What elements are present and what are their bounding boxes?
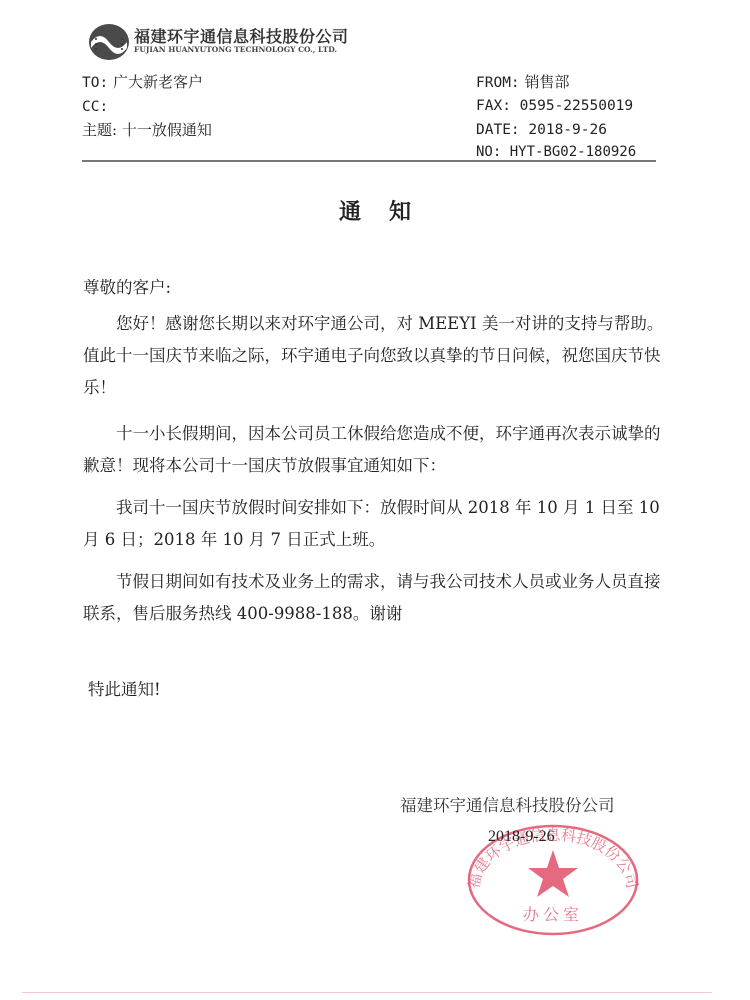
no-line: NO: HYT-BG02-180926 bbox=[476, 142, 636, 162]
signature-date: 2018-9-26 bbox=[488, 828, 555, 846]
signature-company: 福建环宇通信息科技股份公司 bbox=[400, 792, 615, 816]
to-line: TO: 广大新老客户 bbox=[82, 72, 203, 93]
from-line: FROM: 销售部 bbox=[476, 72, 569, 93]
subject-label: 主题: bbox=[82, 121, 117, 139]
company-logo-icon bbox=[88, 22, 130, 62]
paragraph-2: 十一小长假期间，因本公司员工休假给您造成不便，环宇通再次表示诚挚的歉意！现将本公… bbox=[83, 418, 665, 482]
star-icon bbox=[528, 850, 578, 897]
paragraph-1: 您好！感谢您长期以来对环宇通公司，对 MEEYI 美一对讲的支持与帮助。值此十一… bbox=[83, 308, 665, 404]
date-label: DATE: bbox=[476, 122, 520, 138]
letterhead-company-en: FUJIAN HUANYUTONG TECHNOLOGY CO., LTD. bbox=[134, 45, 337, 54]
from-value: 销售部 bbox=[524, 73, 569, 91]
subject-line: 主题: 十一放假通知 bbox=[82, 120, 212, 140]
closing-text: 特此通知! bbox=[88, 676, 161, 700]
to-value: 广大新老客户 bbox=[113, 73, 203, 91]
page-bottom-line bbox=[22, 992, 712, 993]
letterhead-company-cn: 福建环宇通信息科技股份公司 bbox=[134, 24, 349, 47]
paragraph-3: 我司十一国庆节放假时间安排如下：放假时间从 2018 年 10 月 1 日至 1… bbox=[83, 492, 665, 556]
stamp-center-text: 办公室 bbox=[523, 905, 583, 924]
greeting: 尊敬的客户: bbox=[83, 272, 665, 304]
no-label: NO: bbox=[476, 144, 501, 160]
no-value: HYT-BG02-180926 bbox=[510, 144, 636, 160]
subject-value: 十一放假通知 bbox=[122, 121, 212, 139]
date-value: 2018-9-26 bbox=[528, 122, 607, 138]
fax-label: FAX: bbox=[476, 98, 511, 114]
cc-label: CC: bbox=[82, 99, 108, 115]
to-label: TO: bbox=[82, 75, 108, 91]
fax-value: 0595-22550019 bbox=[520, 98, 634, 114]
document-title: 通知 bbox=[0, 195, 750, 226]
date-line: DATE: 2018-9-26 bbox=[476, 120, 607, 140]
fax-line: FAX: 0595-22550019 bbox=[476, 96, 633, 116]
cc-line: CC: bbox=[82, 96, 108, 117]
header-divider bbox=[82, 160, 656, 162]
paragraph-4: 节假日期间如有技术及业务上的需求，请与我公司技术人员或业务人员直接联系，售后服务… bbox=[83, 566, 665, 630]
from-label: FROM: bbox=[476, 75, 520, 91]
